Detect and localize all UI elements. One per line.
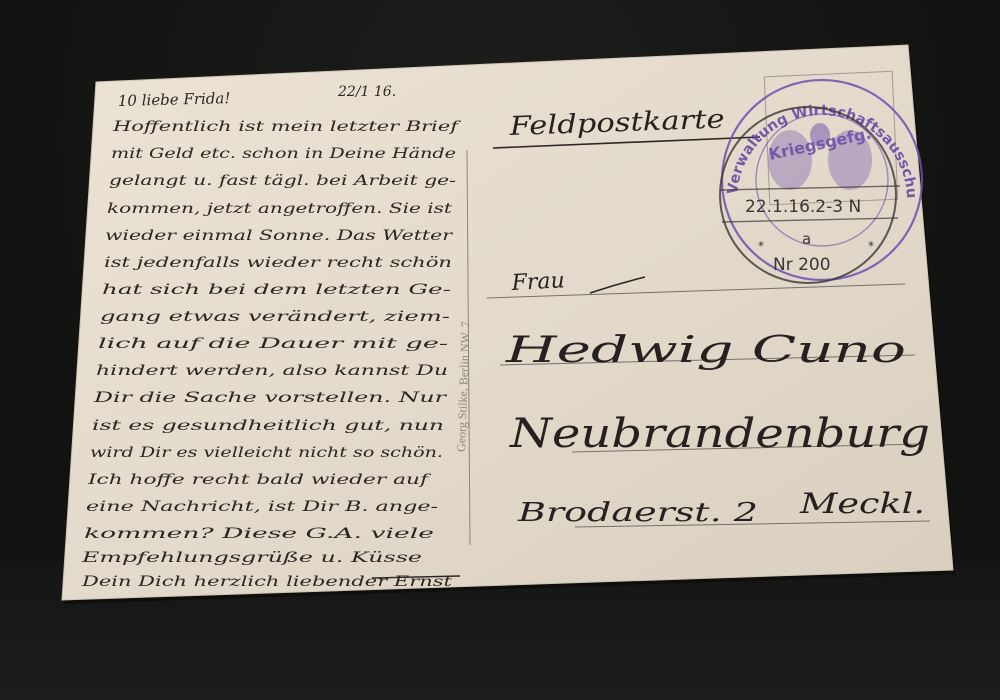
message-date: 22/1 16. <box>337 84 396 100</box>
message-line: Hoffentlich ist mein letzter Brief <box>112 119 463 135</box>
message-salutation: 10 liebe Frida! <box>118 89 231 110</box>
recipient-region: Meckl. <box>799 487 925 520</box>
message-line: ist jedenfalls wieder recht schön <box>104 255 452 271</box>
postmark-number: Nr 200 <box>773 255 831 275</box>
postmark-star-left: * <box>758 239 764 253</box>
message-line: gang etwas verändert, ziem- <box>100 309 450 325</box>
message-line: wieder einmal Sonne. Das Wetter <box>105 228 454 244</box>
recipient-title: Frau <box>510 268 565 296</box>
postmark-star-right: * <box>868 239 874 253</box>
recipient-street: Brodaerst. 2 <box>517 498 758 528</box>
message-line: lich auf die Dauer mit ge- <box>98 336 448 352</box>
message-line: mit Geld etc. schon in Deine Hände <box>111 146 456 162</box>
postmark-letter: a <box>802 230 811 248</box>
message-line: gelangt u. fast tägl. bei Arbeit ge- <box>109 173 456 189</box>
recipient-name: Hedwig Cuno <box>504 330 906 371</box>
message-line: hindert werden, also kannst Du <box>96 363 448 379</box>
message-line: kommen? Diese G.A. viele <box>84 526 434 542</box>
recipient-city: Neubrandenburg <box>509 411 930 457</box>
message-line: Dir die Sache vorstellen. Nur <box>92 390 448 406</box>
postmark-date: 22.1.16.2-3 N <box>745 197 861 217</box>
postcard-scene: Georg Stilke, Berlin NW. 7 22/1 16. 10 l… <box>0 0 1000 700</box>
message-line: hat sich bei dem letzten Ge- <box>102 282 451 298</box>
message-block: 22/1 16. 10 liebe Frida! Hoffentlich ist… <box>80 84 462 590</box>
message-line: Empfehlungsgrüße u. Küsse <box>80 550 422 566</box>
message-line: Ich hoffe recht bald wieder auf <box>86 472 432 488</box>
message-line: eine Nachricht, ist Dir B. ange- <box>86 499 438 515</box>
message-line: kommen, jetzt angetroffen. Sie ist <box>107 201 453 217</box>
message-line: wird Dir es vielleicht nicht so schön. <box>90 445 443 461</box>
message-line: ist es gesundheitlich gut, nun <box>92 418 444 434</box>
message-signature: Dein Dich herzlich liebender Ernst <box>81 574 453 590</box>
